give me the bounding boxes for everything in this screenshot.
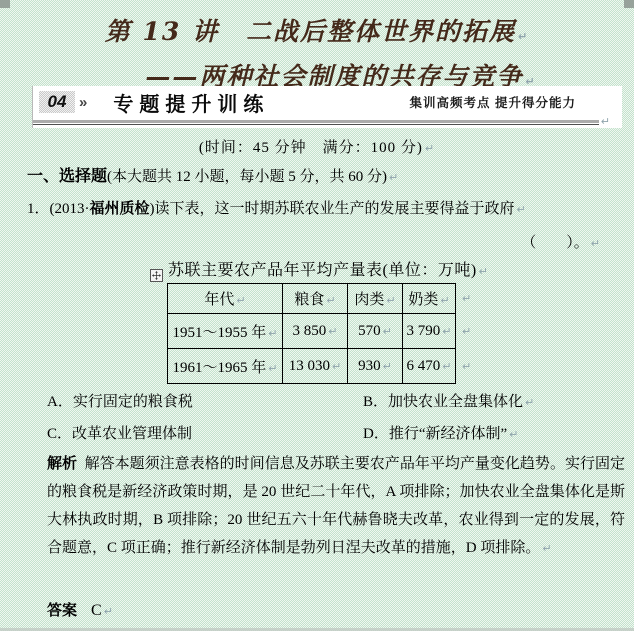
section-heading: 一、选择题(本大题共 12 小题，每小题 5 分，共 60 分)↵ <box>27 163 398 186</box>
time-score-line: (时间：45 分钟 满分：100 分)↵ <box>0 136 634 157</box>
table-cell: 570↵ <box>348 314 403 349</box>
paragraph-mark-icon: ↵ <box>328 325 337 338</box>
move-arrows-icon <box>152 271 161 280</box>
paragraph-mark-icon: ↵ <box>386 294 395 307</box>
option-d: D．推行“新经济体制”↵ <box>363 422 518 443</box>
answer-label: 答案 <box>47 602 77 619</box>
table-header-cell: 年代↵ <box>168 284 283 314</box>
paragraph-mark-icon: ↵ <box>442 325 451 338</box>
analysis-label: 解析 <box>47 455 77 472</box>
banner-tagline: 集训高频考点 提升得分能力 <box>410 93 576 111</box>
paragraph-mark-icon: ↵ <box>383 360 392 373</box>
paragraph-mark-icon: ↵ <box>601 115 610 128</box>
analysis-paragraph: 解析 解答本题须注意表格的时间信息及苏联主要农产品年平均产量变化趋势。实行固定的… <box>47 450 625 563</box>
option-c: C．改革农业管理体制 <box>47 422 192 443</box>
banner-divider-thin <box>33 124 599 125</box>
section-banner-row: 04 » 专题提升训练 集训高频考点 提升得分能力 <box>33 86 622 118</box>
paragraph-mark-icon: ↵ <box>479 265 489 278</box>
paragraph-mark-icon: ↵ <box>517 203 526 216</box>
table-header-cell: 奶类↵ <box>403 284 456 314</box>
table-row: 1951～1955 年↵ 3 850↵ 570↵ 3 790↵ <box>168 314 456 349</box>
table-cell: 930↵ <box>348 349 403 384</box>
paragraph-mark-icon: ↵ <box>268 327 277 340</box>
question-source: 福州质检 <box>90 200 150 217</box>
option-c-label: C． <box>47 426 72 442</box>
page-corner-mark-top-left <box>0 0 10 8</box>
paragraph-mark-icon: ↵ <box>326 294 335 307</box>
table-row: 1961～1965 年↵ 13 030↵ 930↵ 6 470↵ <box>168 349 456 384</box>
option-b-label: B． <box>363 394 388 410</box>
paragraph-mark-icon: ↵ <box>462 360 471 373</box>
paragraph-mark-icon: ↵ <box>442 360 451 373</box>
option-a-label: A． <box>47 394 73 410</box>
question-1-stem: 1．(2013·福州质检)读下表，这一时期苏联农业生产的发展主要得益于政府↵ <box>27 197 526 218</box>
paragraph-mark-icon: ↵ <box>389 171 398 184</box>
paragraph-mark-icon: ↵ <box>425 142 435 155</box>
answer-paren-blank: （ ）。↵ <box>460 231 600 252</box>
paragraph-mark-icon: ↵ <box>440 294 449 307</box>
banner-title: 专题提升训练 <box>113 88 269 117</box>
table-cell: 13 030↵ <box>283 349 348 384</box>
table-cell: 3 850↵ <box>283 314 348 349</box>
table-cell: 1961～1965 年↵ <box>168 349 283 384</box>
table-header-row: 年代↵ 粮食↵ 肉类↵ 奶类↵ <box>168 284 456 314</box>
table-header-cell: 粮食↵ <box>283 284 348 314</box>
paragraph-mark-icon: ↵ <box>462 325 471 338</box>
paragraph-mark-icon: ↵ <box>518 30 529 43</box>
paragraph-mark-icon: ↵ <box>383 325 392 338</box>
paragraph-mark-icon: ↵ <box>236 294 245 307</box>
paragraph-mark-icon: ↵ <box>268 362 277 375</box>
paragraph-mark-icon: ↵ <box>509 428 518 441</box>
table-header-cell: 肉类↵ <box>348 284 403 314</box>
table-cell: 1951～1955 年↵ <box>168 314 283 349</box>
paragraph-mark-icon: ↵ <box>525 396 534 409</box>
answer-value: C <box>91 602 102 619</box>
option-b-text: 加快农业全盘集体化 <box>388 394 523 410</box>
table-caption: 苏联主要农产品年平均产量表(单位：万吨)↵ <box>168 257 488 280</box>
question-text: )读下表，这一时期苏联农业生产的发展主要得益于政府 <box>150 201 515 217</box>
answer-line: 答案C↵ <box>47 599 113 620</box>
table-cell: 3 790↵ <box>403 314 456 349</box>
chapter-title: 第 13 讲 二战后整体世界的拓展↵ ——两种社会制度的共存与竞争↵ <box>0 12 634 93</box>
chapter-title-line1: 第 13 讲 二战后整体世界的拓展↵ <box>0 12 634 48</box>
table-move-handle-icon[interactable] <box>150 269 163 282</box>
paragraph-mark-icon: ↵ <box>332 360 341 373</box>
option-d-label: D． <box>363 426 389 442</box>
paragraph-mark-icon: ↵ <box>542 542 551 555</box>
option-a: A．实行固定的粮食税 <box>47 390 193 411</box>
analysis-text: 解答本题须注意表格的时间信息及苏联主要农产品年平均产量变化趋势。实行固定的粮食税… <box>47 456 625 556</box>
question-number: 1．(2013· <box>27 201 90 217</box>
banner-divider-thick <box>33 120 599 123</box>
page: { "title": { "line1": "第 13 讲 二战后整体世界的拓展… <box>0 0 634 631</box>
paragraph-mark-icon: ↵ <box>104 605 113 618</box>
option-a-text: 实行固定的粮食税 <box>73 394 193 410</box>
option-c-text: 改革农业管理体制 <box>72 426 192 442</box>
page-corner-mark-top-right <box>624 0 634 8</box>
section-banner: 04 » 专题提升训练 集训高频考点 提升得分能力 ↵ <box>32 86 622 128</box>
table-cell: 6 470↵ <box>403 349 456 384</box>
section-number-badge: 04 <box>39 91 75 113</box>
section-heading-note: (本大题共 12 小题，每小题 5 分，共 60 分) <box>107 169 387 185</box>
option-d-text: 推行“新经济体制” <box>389 426 507 442</box>
section-heading-label: 一、选择题 <box>27 168 107 185</box>
chevron-right-icon: » <box>79 94 87 111</box>
paragraph-mark-icon: ↵ <box>591 237 600 250</box>
paragraph-mark-icon: ↵ <box>462 292 471 305</box>
production-table: 年代↵ 粮食↵ 肉类↵ 奶类↵ 1951～1955 年↵ 3 850↵ 570↵… <box>167 283 456 384</box>
option-b: B．加快农业全盘集体化↵ <box>363 390 534 411</box>
banner-divider <box>33 120 599 125</box>
